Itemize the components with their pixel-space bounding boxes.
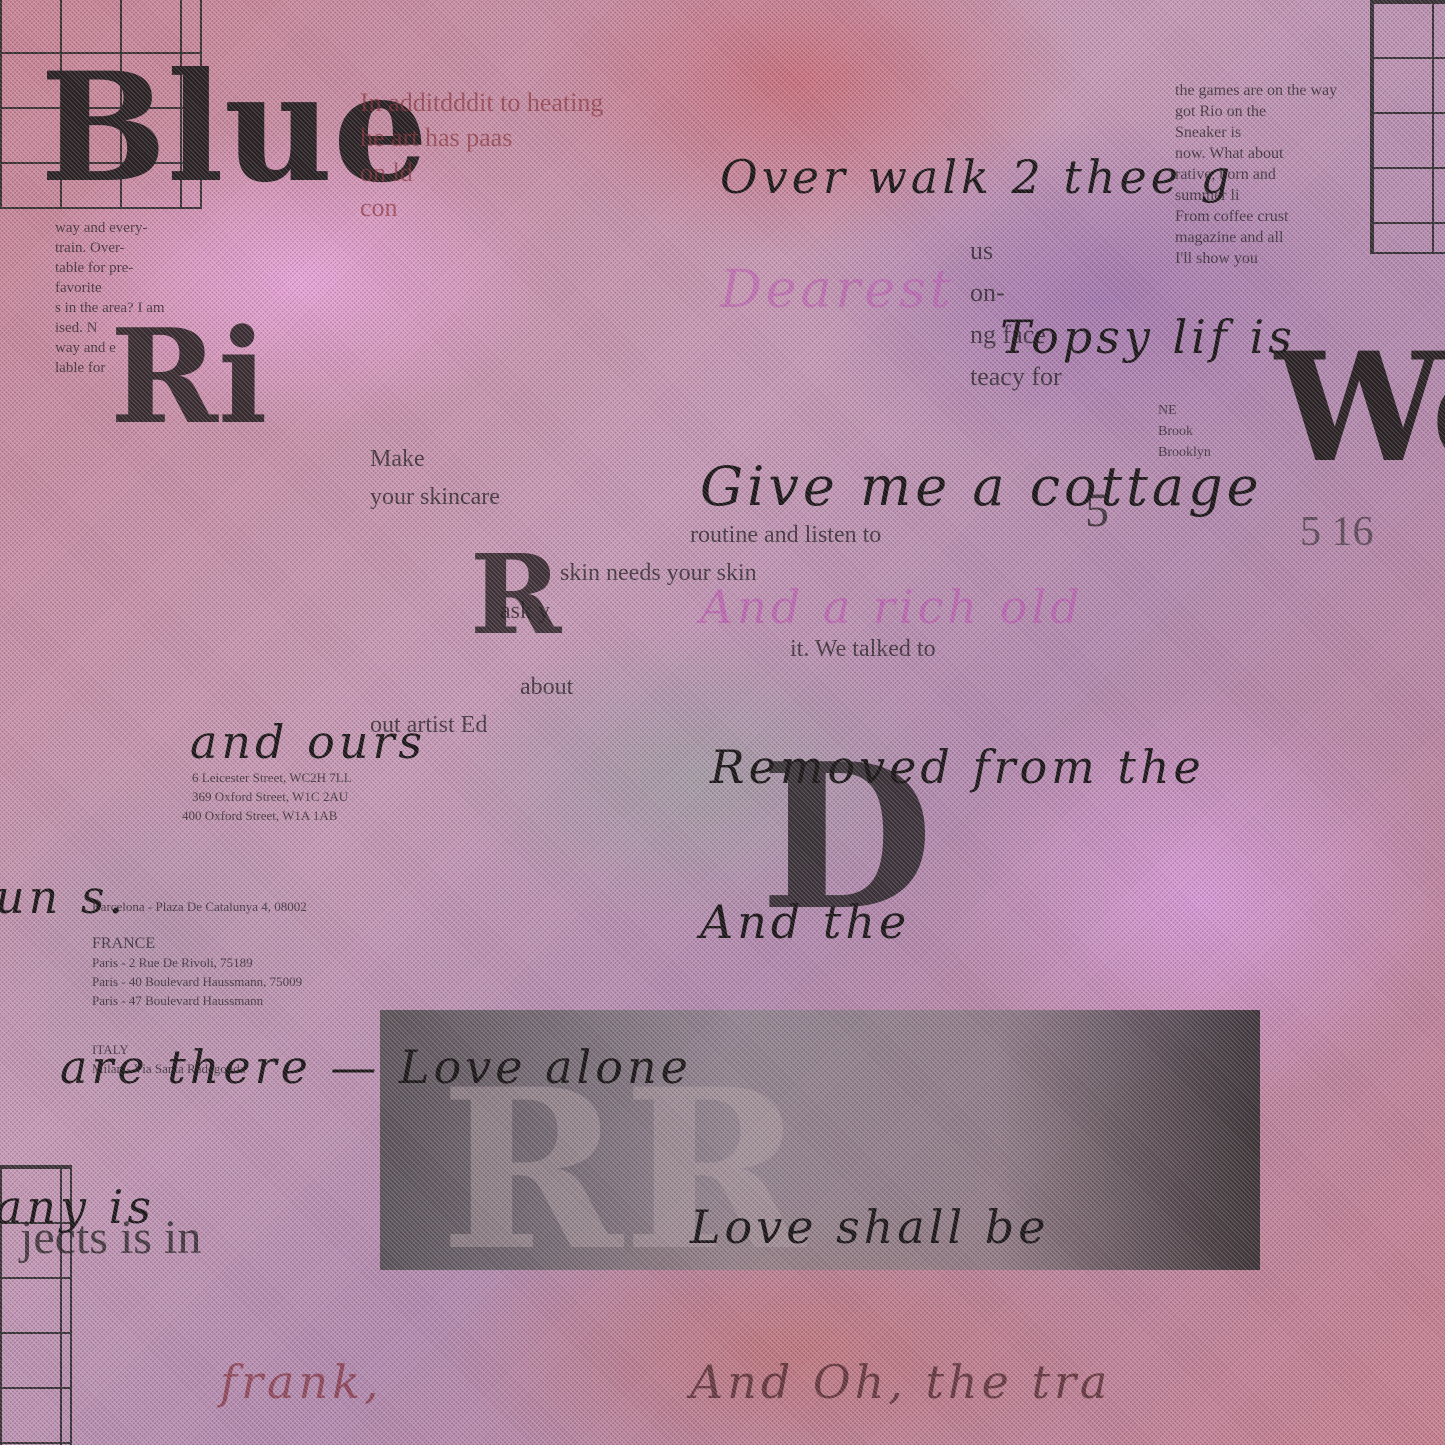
fabric-mesh-texture [0, 0, 1445, 1445]
